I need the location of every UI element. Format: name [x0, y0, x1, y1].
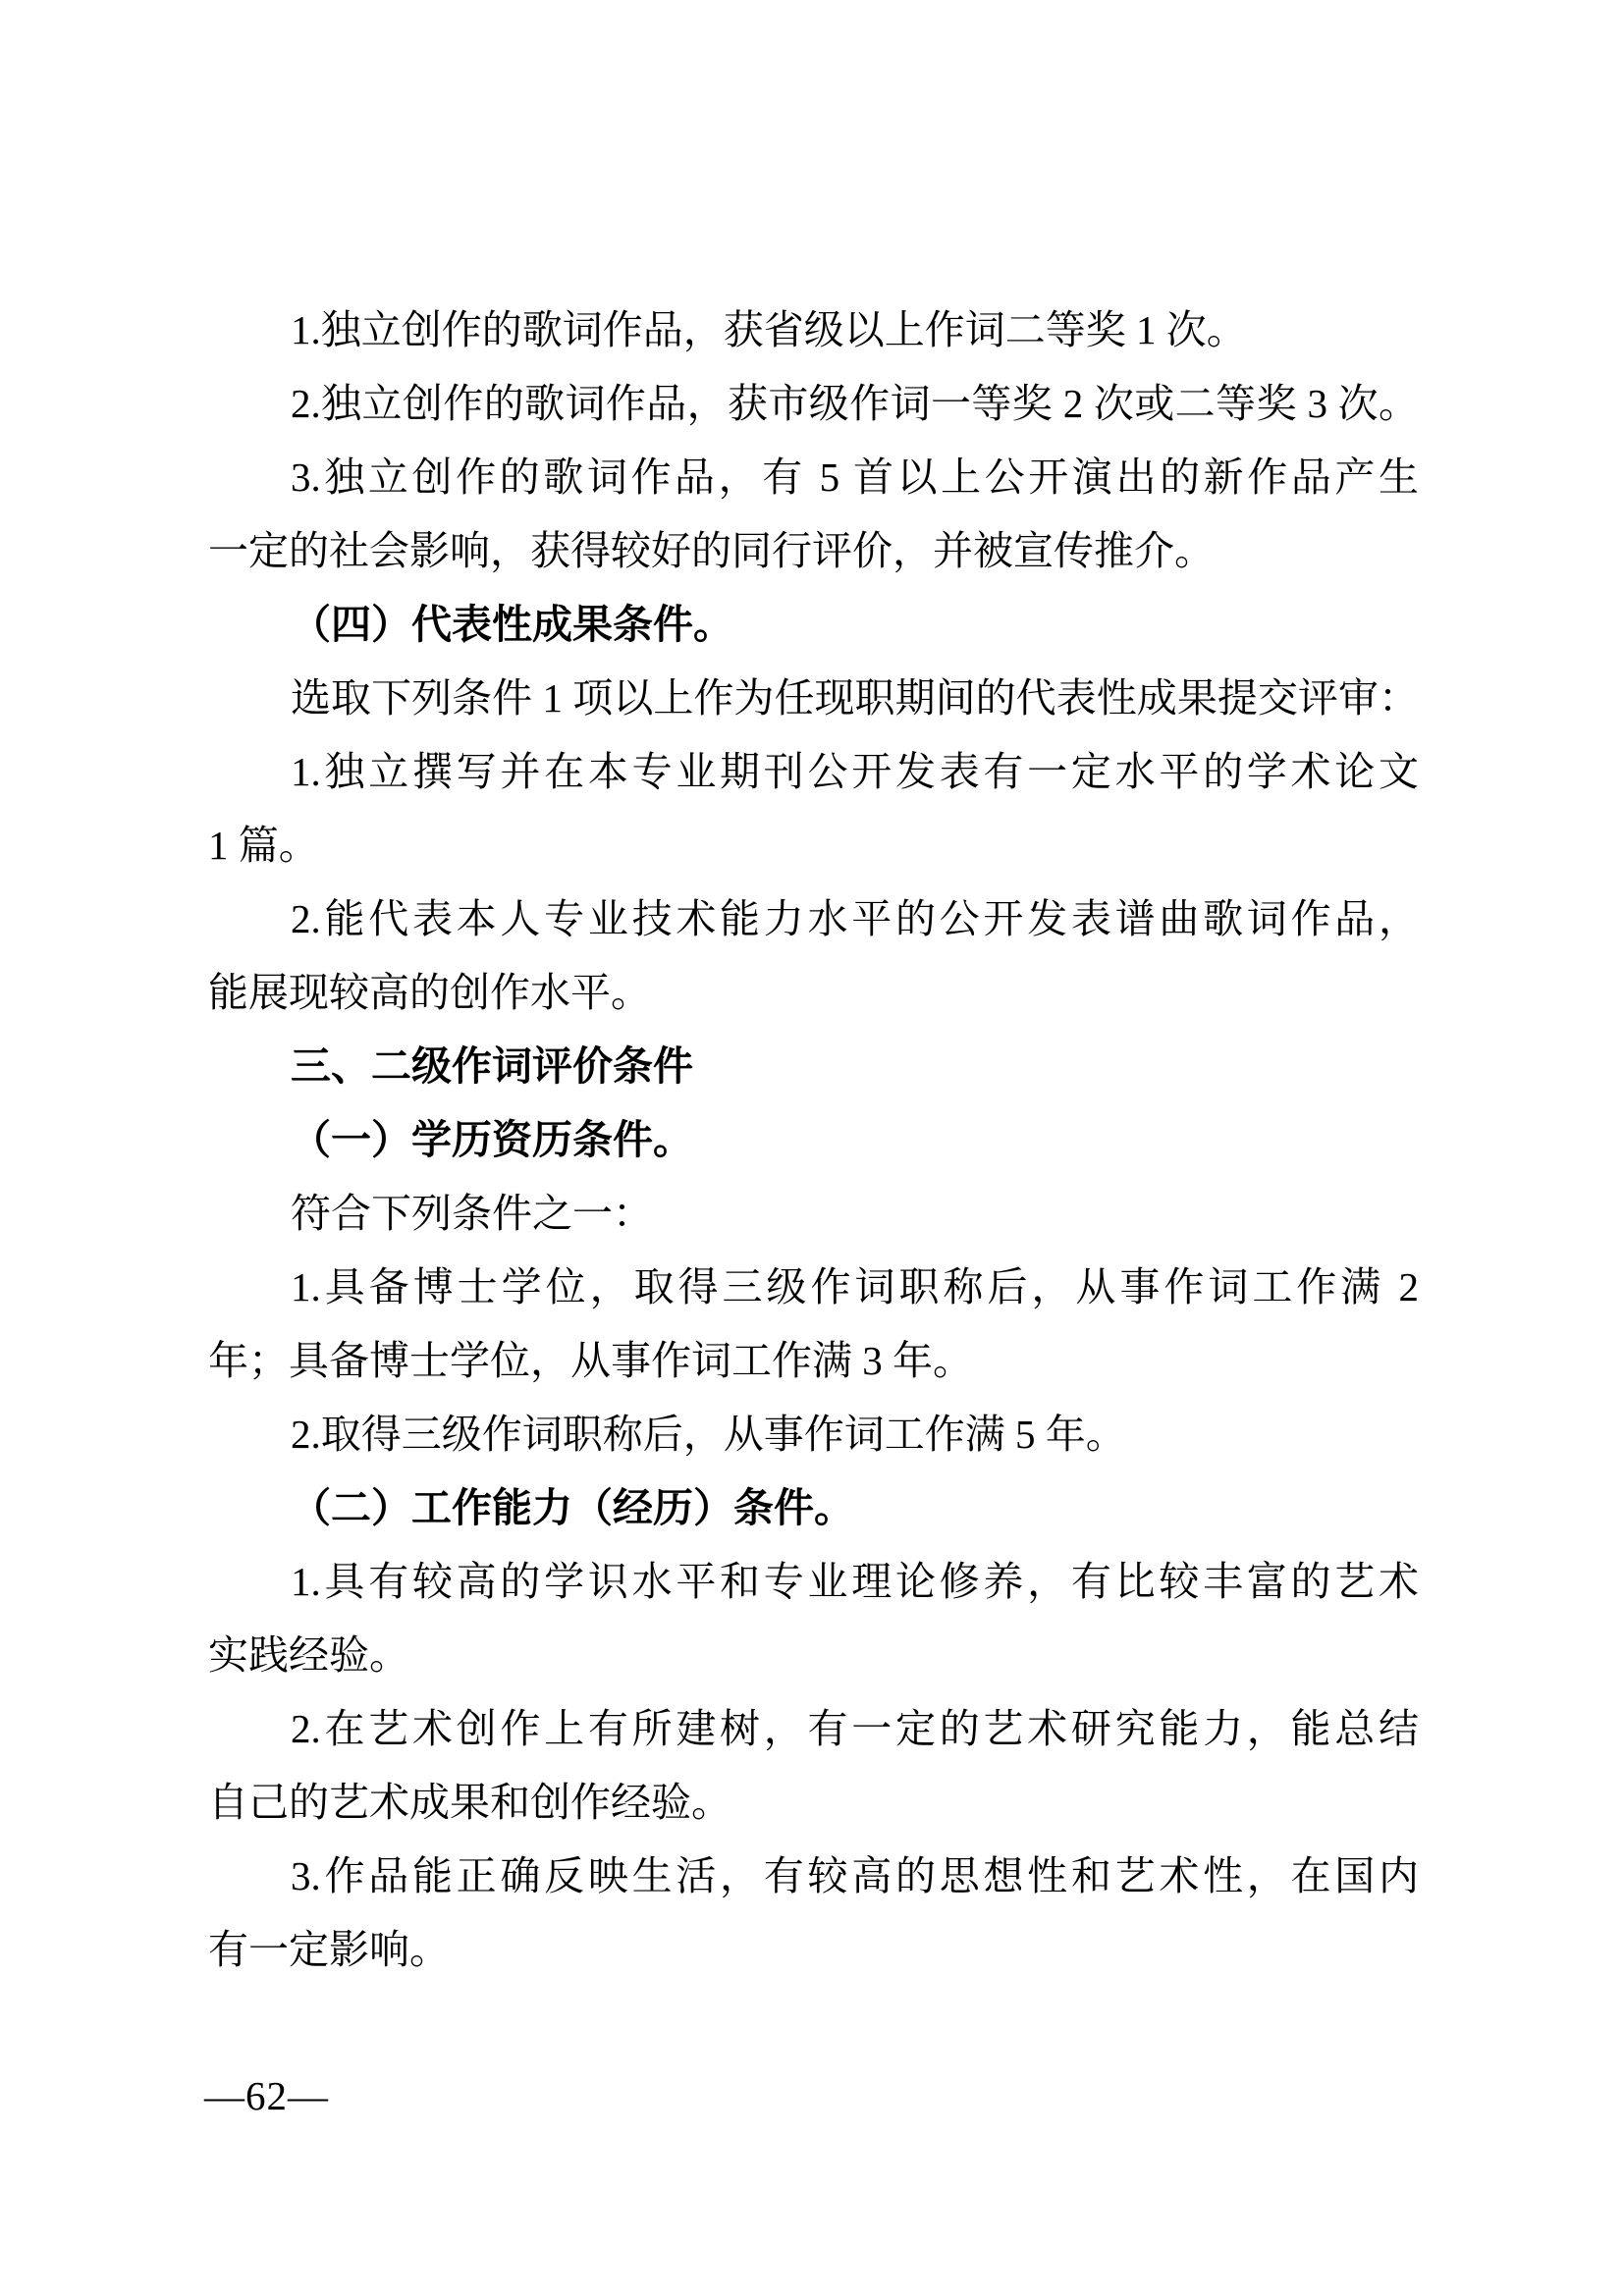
document-body: 1.独立创作的歌词作品，获省级以上作词二等奖 1 次。2.独立创作的歌词作品，获…	[208, 294, 1419, 1987]
page-number: —62—	[204, 2059, 329, 2133]
section-heading: 三、二级作词评价条件	[208, 1030, 1419, 1103]
text-line: 3.作品能正确反映生活，有较高的思想性和艺术性，在国内	[208, 1840, 1419, 1913]
text-line: 一定的社会影响，获得较好的同行评价，并被宣传推介。	[208, 514, 1419, 588]
text-line: 2.取得三级作词职称后，从事作词工作满 5 年。	[208, 1398, 1419, 1471]
text-line: 实践经验。	[208, 1619, 1419, 1692]
text-line: 1.具备博士学位，取得三级作词职称后，从事作词工作满 2	[208, 1251, 1419, 1324]
text-line: 2.独立创作的歌词作品，获市级作词一等奖 2 次或二等奖 3 次。	[208, 367, 1419, 441]
text-line: 1 篇。	[208, 809, 1419, 882]
text-line: 3.独立创作的歌词作品，有 5 首以上公开演出的新作品产生	[208, 441, 1419, 514]
text-line: 选取下列条件 1 项以上作为任现职期间的代表性成果提交评审：	[208, 662, 1419, 735]
text-line: 能展现较高的创作水平。	[208, 956, 1419, 1030]
text-line: 年；具备博士学位，从事作词工作满 3 年。	[208, 1324, 1419, 1398]
section-heading: （一）学历资历条件。	[208, 1103, 1419, 1177]
text-line: 1.独立创作的歌词作品，获省级以上作词二等奖 1 次。	[208, 294, 1419, 367]
text-line: 2.能代表本人专业技术能力水平的公开发表谱曲歌词作品，	[208, 882, 1419, 956]
document-page: 1.独立创作的歌词作品，获省级以上作词二等奖 1 次。2.独立创作的歌词作品，获…	[0, 0, 1623, 2296]
text-line: 符合下列条件之一：	[208, 1177, 1419, 1251]
text-line: 自己的艺术成果和创作经验。	[208, 1766, 1419, 1840]
text-line: 1.独立撰写并在本专业期刊公开发表有一定水平的学术论文	[208, 735, 1419, 809]
section-heading: （四）代表性成果条件。	[208, 588, 1419, 662]
text-line: 2.在艺术创作上有所建树，有一定的艺术研究能力，能总结	[208, 1692, 1419, 1766]
section-heading: （二）工作能力（经历）条件。	[208, 1471, 1419, 1545]
text-line: 1.具有较高的学识水平和专业理论修养，有比较丰富的艺术	[208, 1545, 1419, 1619]
text-line: 有一定影响。	[208, 1913, 1419, 1987]
